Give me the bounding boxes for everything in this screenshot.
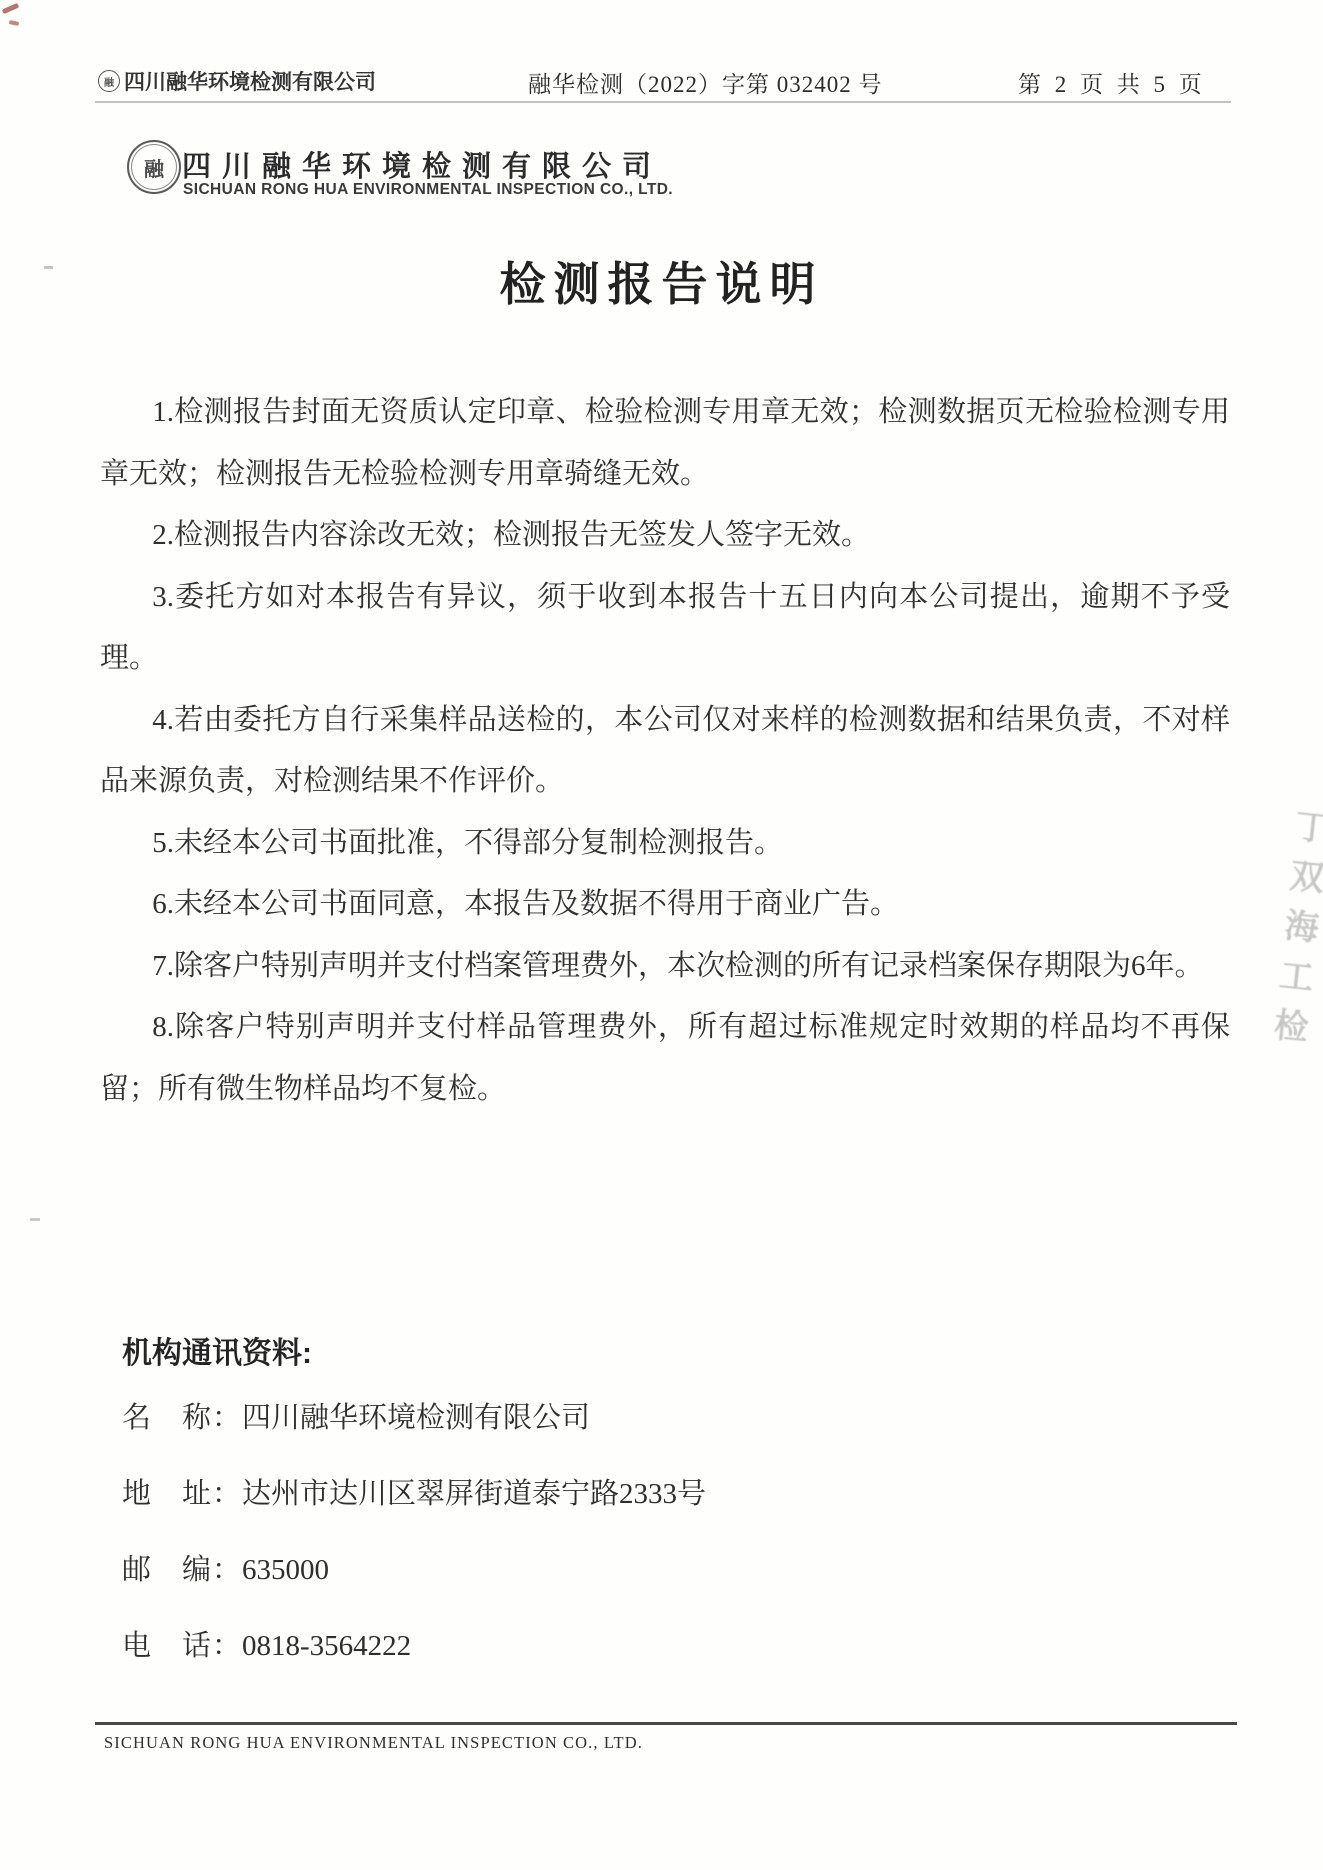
note-paragraph-2: 2.检测报告内容涂改无效；检测报告无签发人签字无效。 xyxy=(100,505,1230,567)
header-company-name: 四川融华环境检测有限公司 xyxy=(124,66,376,96)
note-paragraph-3: 3.委托方如对本报告有异议，须于收到本报告十五日内向本公司提出，逾期不予受理。 xyxy=(100,567,1230,690)
company-seal-icon: 融 xyxy=(98,70,120,92)
corner-ink-artifact xyxy=(2,3,20,14)
report-page: 融 四川融华环境检测有限公司 融华检测（2022）字第 032402 号 第 2… xyxy=(0,0,1323,1870)
logo-company-name-en: SICHUAN RONG HUA ENVIRONMENTAL INSPECTIO… xyxy=(183,181,673,199)
contact-phone-label: 电 话： xyxy=(122,1630,242,1662)
header-divider xyxy=(95,101,1231,103)
contact-address-value: 达州市达川区翠屏街道泰宁路2333号 xyxy=(242,1478,706,1510)
note-paragraph-8: 8.除客户特别声明并支付样品管理费外，所有超过标准规定时效期的样品均不再保留；所… xyxy=(100,997,1230,1120)
contact-address-label: 地 址： xyxy=(122,1478,242,1510)
contact-address-line: 地 址：达州市达川区翠屏街道泰宁路2333号 xyxy=(122,1478,1022,1510)
report-notes: 1.检测报告封面无资质认定印章、检验检测专用章无效；检测数据页无检验检测专用章无… xyxy=(100,382,1230,1120)
scan-speck-artifact xyxy=(44,266,53,269)
logo-company-name-cn: 四川融华环境检测有限公司 xyxy=(182,144,662,185)
footer-company-name: SICHUAN RONG HUA ENVIRONMENTAL INSPECTIO… xyxy=(104,1733,643,1753)
contact-phone-value: 0818-3564222 xyxy=(242,1630,411,1662)
margin-handwriting-artifact: 丁双海工检 xyxy=(1254,806,1323,1109)
contact-name-line: 名 称：四川融华环境检测有限公司 xyxy=(122,1402,1022,1434)
contact-zip-line: 邮 编：635000 xyxy=(122,1554,1022,1586)
contact-name-label: 名 称： xyxy=(122,1402,242,1434)
scan-speck-artifact xyxy=(30,1218,40,1221)
note-paragraph-5: 5.未经本公司书面批准，不得部分复制检测报告。 xyxy=(100,813,1230,875)
contact-heading: 机构通讯资料: xyxy=(122,1328,1022,1372)
header-company: 融 四川融华环境检测有限公司 xyxy=(98,66,376,96)
note-paragraph-6: 6.未经本公司书面同意，本报告及数据不得用于商业广告。 xyxy=(100,874,1230,936)
contact-zip-value: 635000 xyxy=(242,1554,329,1586)
note-paragraph-4: 4.若由委托方自行采集样品送检的，本公司仅对来样的检测数据和结果负责，不对样品来… xyxy=(100,690,1230,813)
note-paragraph-1: 1.检测报告封面无资质认定印章、检验检测专用章无效；检测数据页无检验检测专用章无… xyxy=(100,382,1230,505)
contact-name-value: 四川融华环境检测有限公司 xyxy=(242,1402,590,1434)
corner-ink-artifact xyxy=(9,20,20,26)
footer-divider xyxy=(95,1722,1237,1725)
contact-section: 机构通讯资料: 名 称：四川融华环境检测有限公司 地 址：达州市达川区翠屏街道泰… xyxy=(122,1328,1022,1706)
note-paragraph-7: 7.除客户特别声明并支付档案管理费外，本次检测的所有记录档案保存期限为6年。 xyxy=(100,936,1230,998)
company-logo-icon: 融 xyxy=(127,140,181,194)
contact-phone-line: 电 话：0818-3564222 xyxy=(122,1630,1022,1662)
header-page-info: 第 2 页 共 5 页 xyxy=(1018,66,1206,99)
contact-zip-label: 邮 编： xyxy=(122,1554,242,1586)
header-doc-number: 融华检测（2022）字第 032402 号 xyxy=(528,66,883,99)
page-title: 检测报告说明 xyxy=(0,248,1323,314)
